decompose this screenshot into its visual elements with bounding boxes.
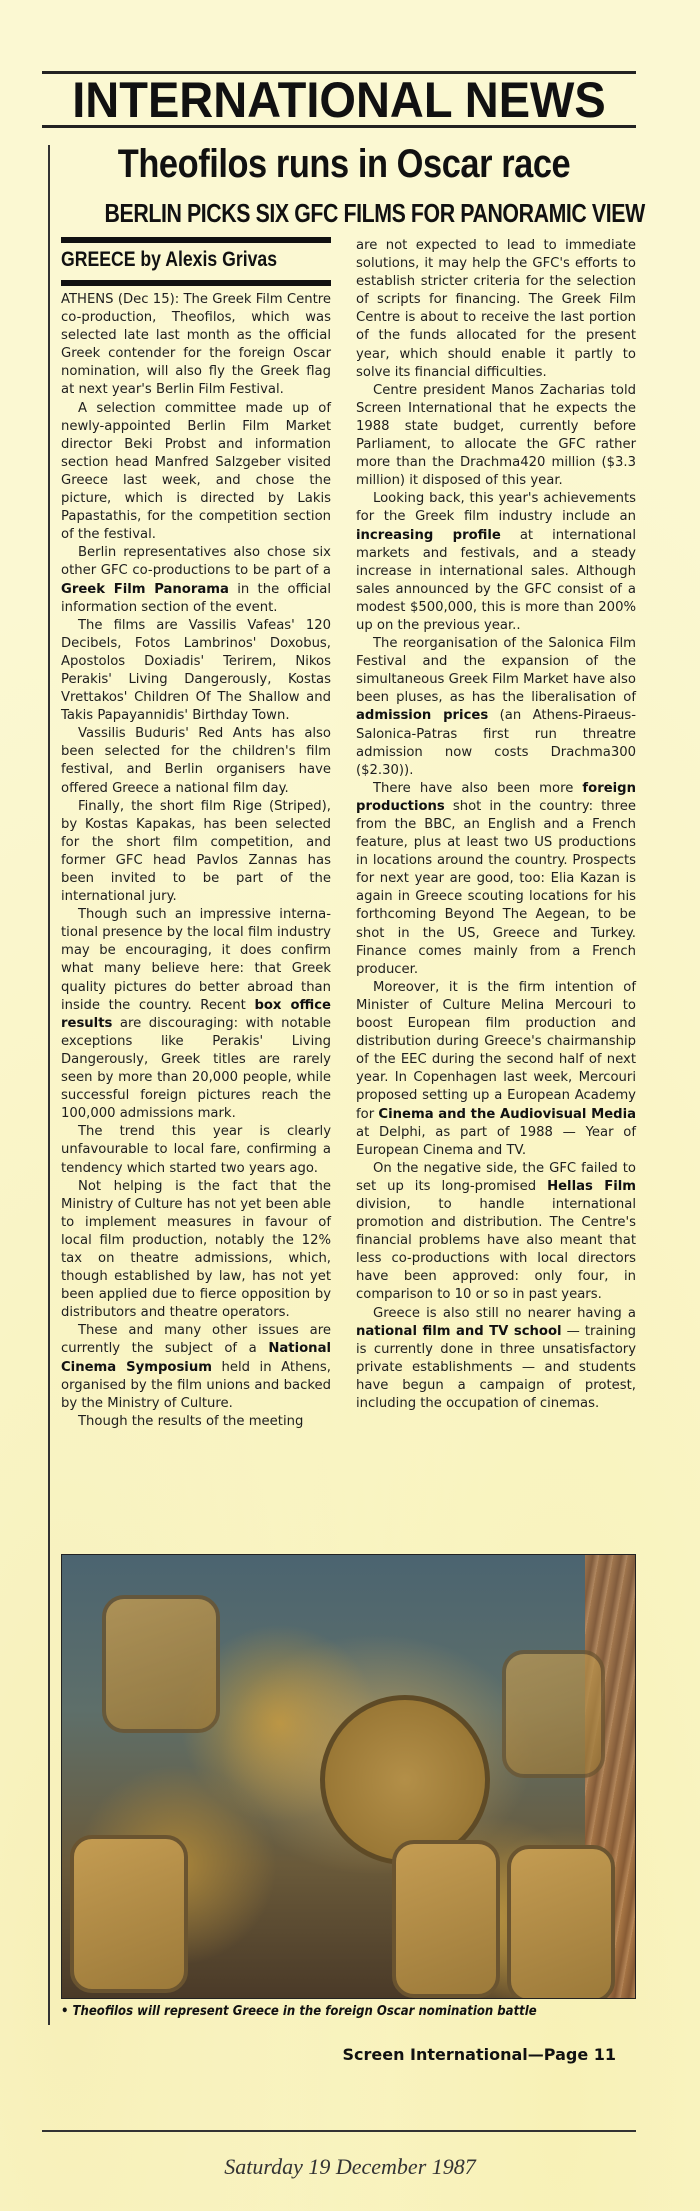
article-paragraph: Vassilis Buduris' Red Ants has also been… bbox=[61, 725, 331, 797]
text-run: The trend this year is clearly unfavoura… bbox=[61, 1124, 331, 1175]
text-run: Centre president Manos Zacharias told Sc… bbox=[356, 383, 636, 488]
text-run: The reorganisation of the Salonica Film … bbox=[356, 636, 636, 705]
photo-shield-back-right bbox=[502, 1650, 605, 1778]
section-title: INTERNATIONAL NEWS bbox=[60, 74, 618, 126]
article-paragraph: Though such an impressive interna­tional… bbox=[61, 906, 331, 1123]
text-run: There have also been more bbox=[373, 781, 582, 796]
text-run: The films are Vassilis Vafeas' 120 Decib… bbox=[61, 618, 331, 723]
text-run: Berlin representatives also chose six ot… bbox=[61, 545, 331, 578]
photo-caption: • Theofilos will represent Greece in the… bbox=[61, 2003, 583, 2021]
text-run: A selection committee made up of newly-a… bbox=[61, 401, 331, 543]
article-paragraph: Berlin representatives also chose six ot… bbox=[61, 544, 331, 616]
article-paragraph: There have also been more foreign produc… bbox=[356, 780, 636, 979]
article-paragraph: Not helping is the fact that the Ministr… bbox=[61, 1178, 331, 1323]
text-run: Moreover, it is the firm intention of Mi… bbox=[356, 980, 636, 1122]
article-column-right: are not expected to lead to immediate so… bbox=[356, 237, 636, 1413]
text-run: Vassilis Buduris' Red Ants has also been… bbox=[61, 726, 331, 795]
article-paragraph: The trend this year is clearly unfavoura… bbox=[61, 1123, 331, 1177]
byline-bottom-bar bbox=[61, 280, 331, 286]
photo-shield-front-right bbox=[507, 1845, 615, 1999]
text-run: Finally, the short film Rige (Striped), … bbox=[61, 799, 331, 904]
bold-keyphrase: Hellas Film bbox=[547, 1179, 636, 1194]
bold-keyphrase: Greek Film Panorama bbox=[61, 582, 229, 597]
bold-keyphrase: increasing profile bbox=[356, 528, 501, 543]
article-left-border bbox=[48, 145, 50, 2025]
article-paragraph: Though the results of the meeting bbox=[61, 1413, 331, 1431]
photo-shield-front-mid bbox=[392, 1840, 500, 1998]
article-paragraph: These and many other issues are currentl… bbox=[61, 1322, 331, 1412]
text-run: division, to handle international promot… bbox=[356, 1197, 636, 1302]
dateline: Saturday 19 December 1987 bbox=[0, 2153, 700, 2181]
footer-rule bbox=[42, 2130, 636, 2132]
film-still-photo bbox=[61, 1554, 636, 1999]
article-paragraph: ATHENS (Dec 15): The Greek Film Centre c… bbox=[61, 291, 331, 400]
text-run: are discour­aging: with notable exceptio… bbox=[61, 1016, 331, 1121]
page-footer: Screen International—Page 11 bbox=[340, 2044, 616, 2066]
article-paragraph: Looking back, this year's achieve­ments … bbox=[356, 490, 636, 635]
byline-top-bar bbox=[61, 237, 331, 243]
article-paragraph: The films are Vassilis Vafeas' 120 Decib… bbox=[61, 617, 331, 726]
text-run: at international markets and festivals, … bbox=[356, 528, 636, 633]
text-run: at Delphi, as part of 1988 — Year of Eur… bbox=[356, 1125, 636, 1158]
text-run: Greece is also still no nearer having a bbox=[373, 1306, 636, 1321]
article-paragraph: Finally, the short film Rige (Striped), … bbox=[61, 798, 331, 907]
article-paragraph: Greece is also still no nearer having a … bbox=[356, 1305, 636, 1414]
text-run: Looking back, this year's achieve­ments … bbox=[356, 491, 636, 524]
photo-shield-left bbox=[70, 1835, 188, 1993]
text-run: Not helping is the fact that the Ministr… bbox=[61, 1179, 331, 1321]
text-run: ATHENS (Dec 15): The Greek Film Centre c… bbox=[61, 292, 331, 397]
photo-shield-back-left bbox=[102, 1595, 220, 1733]
article-paragraph: The reorganisation of the Salonica Film … bbox=[356, 635, 636, 780]
article-column-left: ATHENS (Dec 15): The Greek Film Centre c… bbox=[61, 291, 331, 1431]
masthead-bottom-rule bbox=[42, 125, 636, 128]
byline: GREECE by Alexis Grivas bbox=[61, 245, 305, 275]
article-paragraph: On the negative side, the GFC failed to … bbox=[356, 1160, 636, 1305]
article-paragraph: are not expected to lead to immediate so… bbox=[356, 237, 636, 382]
text-run: Though the results of the meeting bbox=[78, 1414, 303, 1429]
headline: Theofilos runs in Oscar race bbox=[93, 140, 595, 188]
text-run: are not expected to lead to immediate so… bbox=[356, 238, 636, 380]
bold-keyphrase: admission prices bbox=[356, 708, 488, 723]
bold-keyphrase: Cinema and the Audiovisual Media bbox=[378, 1107, 636, 1122]
subheadline: BERLIN PICKS SIX GFC FILMS FOR PANORAMIC… bbox=[105, 196, 584, 230]
bold-keyphrase: national film and TV school bbox=[356, 1324, 562, 1339]
article-paragraph: Centre president Manos Zacharias told Sc… bbox=[356, 382, 636, 491]
article-paragraph: Moreover, it is the firm intention of Mi… bbox=[356, 979, 636, 1160]
article-paragraph: A selection committee made up of newly-a… bbox=[61, 400, 331, 545]
text-run: shot in the country: three from the BBC,… bbox=[356, 799, 636, 977]
